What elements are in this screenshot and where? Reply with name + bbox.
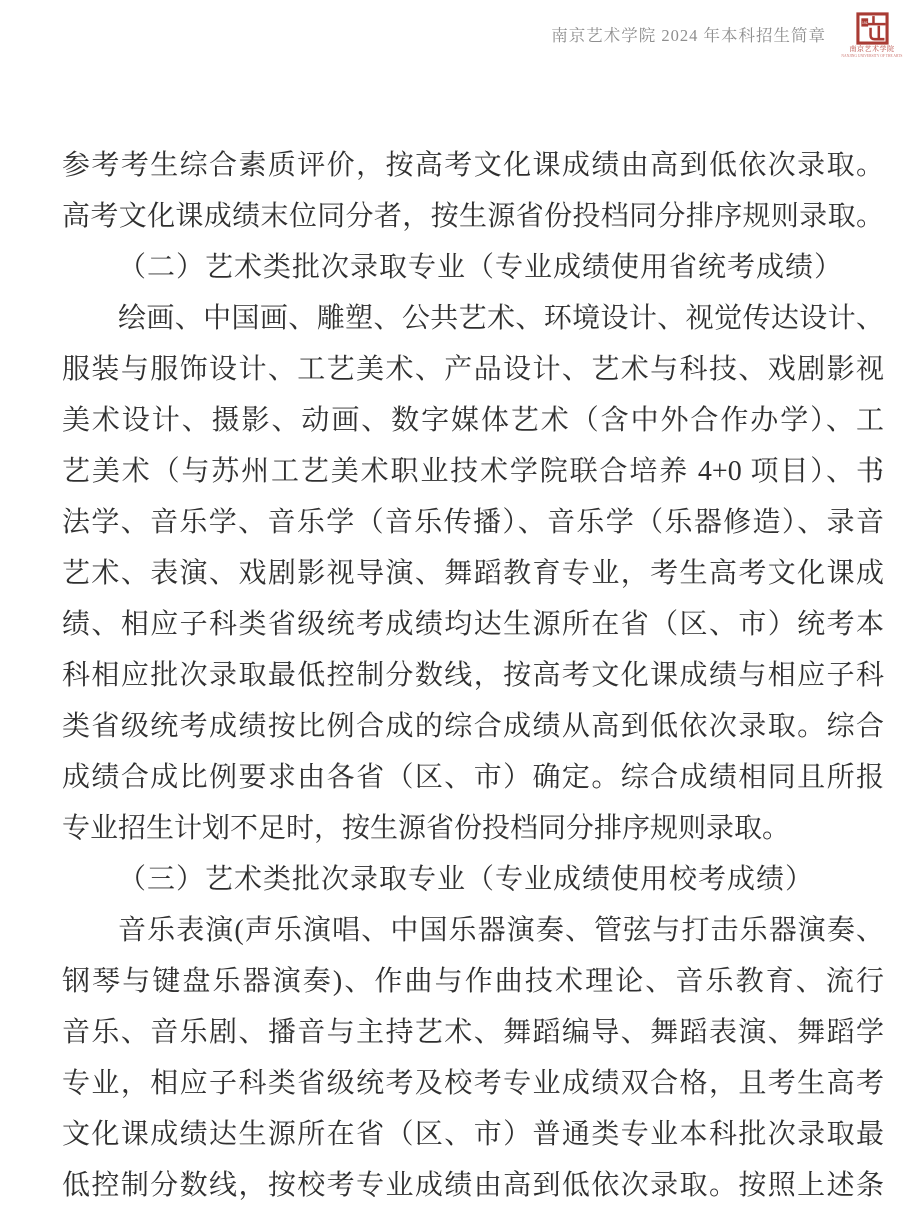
seal-icon: 1912 bbox=[856, 12, 889, 45]
seal-caption-english: NANJING UNIVERSITY OF THE ARTS bbox=[842, 54, 903, 58]
document-body: 参考考生综合素质评价，按高考文化课成绩由高到低依次录取。高考文化课成绩末位同分者… bbox=[62, 140, 884, 1211]
text-line: 类省级统考成绩按比例合成的综合成绩从高到低依次录取。综合 bbox=[62, 701, 884, 752]
page-header: 南京艺术学院 2024 年本科招生简章 1912 南京艺术学院 NANJING … bbox=[0, 0, 924, 70]
text-line: 绩、相应子科类省级统考成绩均达生源所在省（区、市）统考本 bbox=[62, 599, 884, 650]
text-line: 钢琴与键盘乐器演奏)、作曲与作曲技术理论、音乐教育、流行 bbox=[62, 956, 884, 1007]
text-line: 高考文化课成绩末位同分者，按生源省份投档同分排序规则录取。 bbox=[62, 191, 884, 242]
text-line: 法学、音乐学、音乐学（音乐传播）、音乐学（乐器修造）、录音 bbox=[62, 497, 884, 548]
running-header-title: 南京艺术学院 2024 年本科招生简章 bbox=[551, 27, 826, 44]
text-line: 成绩合成比例要求由各省（区、市）确定。综合成绩相同且所报 bbox=[62, 752, 884, 803]
text-line: 音乐、音乐剧、播音与主持艺术、舞蹈编导、舞蹈表演、舞蹈学 bbox=[62, 1007, 884, 1058]
text-line: 服装与服饰设计、工艺美术、产品设计、艺术与科技、戏剧影视 bbox=[62, 344, 884, 395]
text-line: 艺美术（与苏州工艺美术职业技术学院联合培养 4+0 项目）、书 bbox=[62, 446, 884, 497]
text-line: 参考考生综合素质评价，按高考文化课成绩由高到低依次录取。 bbox=[62, 140, 884, 191]
text-line: 艺术、表演、戏剧影视导演、舞蹈教育专业，考生高考文化课成 bbox=[62, 548, 884, 599]
text-line: 专业，相应子科类省级统考及校考专业成绩双合格，且考生高考 bbox=[62, 1058, 884, 1109]
text-line: 音乐表演(声乐演唱、中国乐器演奏、管弦与打击乐器演奏、 bbox=[62, 905, 884, 956]
university-seal-logo: 1912 南京艺术学院 NANJING UNIVERSITY OF THE AR… bbox=[846, 12, 898, 58]
seal-caption: 南京艺术学院 bbox=[850, 46, 895, 53]
text-line: 专业招生计划不足时，按生源省份投档同分排序规则录取。 bbox=[62, 803, 884, 854]
text-line: 低控制分数线，按校考专业成绩由高到低依次录取。按照上述条 bbox=[62, 1160, 884, 1211]
document-page: 南京艺术学院 2024 年本科招生简章 1912 南京艺术学院 NANJING … bbox=[0, 0, 924, 1224]
text-line: 美术设计、摄影、动画、数字媒体艺术（含中外合作办学）、工 bbox=[62, 395, 884, 446]
text-line: （三）艺术类批次录取专业（专业成绩使用校考成绩） bbox=[62, 854, 884, 905]
text-line: 科相应批次录取最低控制分数线，按高考文化课成绩与相应子科 bbox=[62, 650, 884, 701]
text-line: 绘画、中国画、雕塑、公共艺术、环境设计、视觉传达设计、 bbox=[62, 293, 884, 344]
text-line: （二）艺术类批次录取专业（专业成绩使用省统考成绩） bbox=[62, 242, 884, 293]
text-line: 文化课成绩达生源所在省（区、市）普通类专业本科批次录取最 bbox=[62, 1109, 884, 1160]
